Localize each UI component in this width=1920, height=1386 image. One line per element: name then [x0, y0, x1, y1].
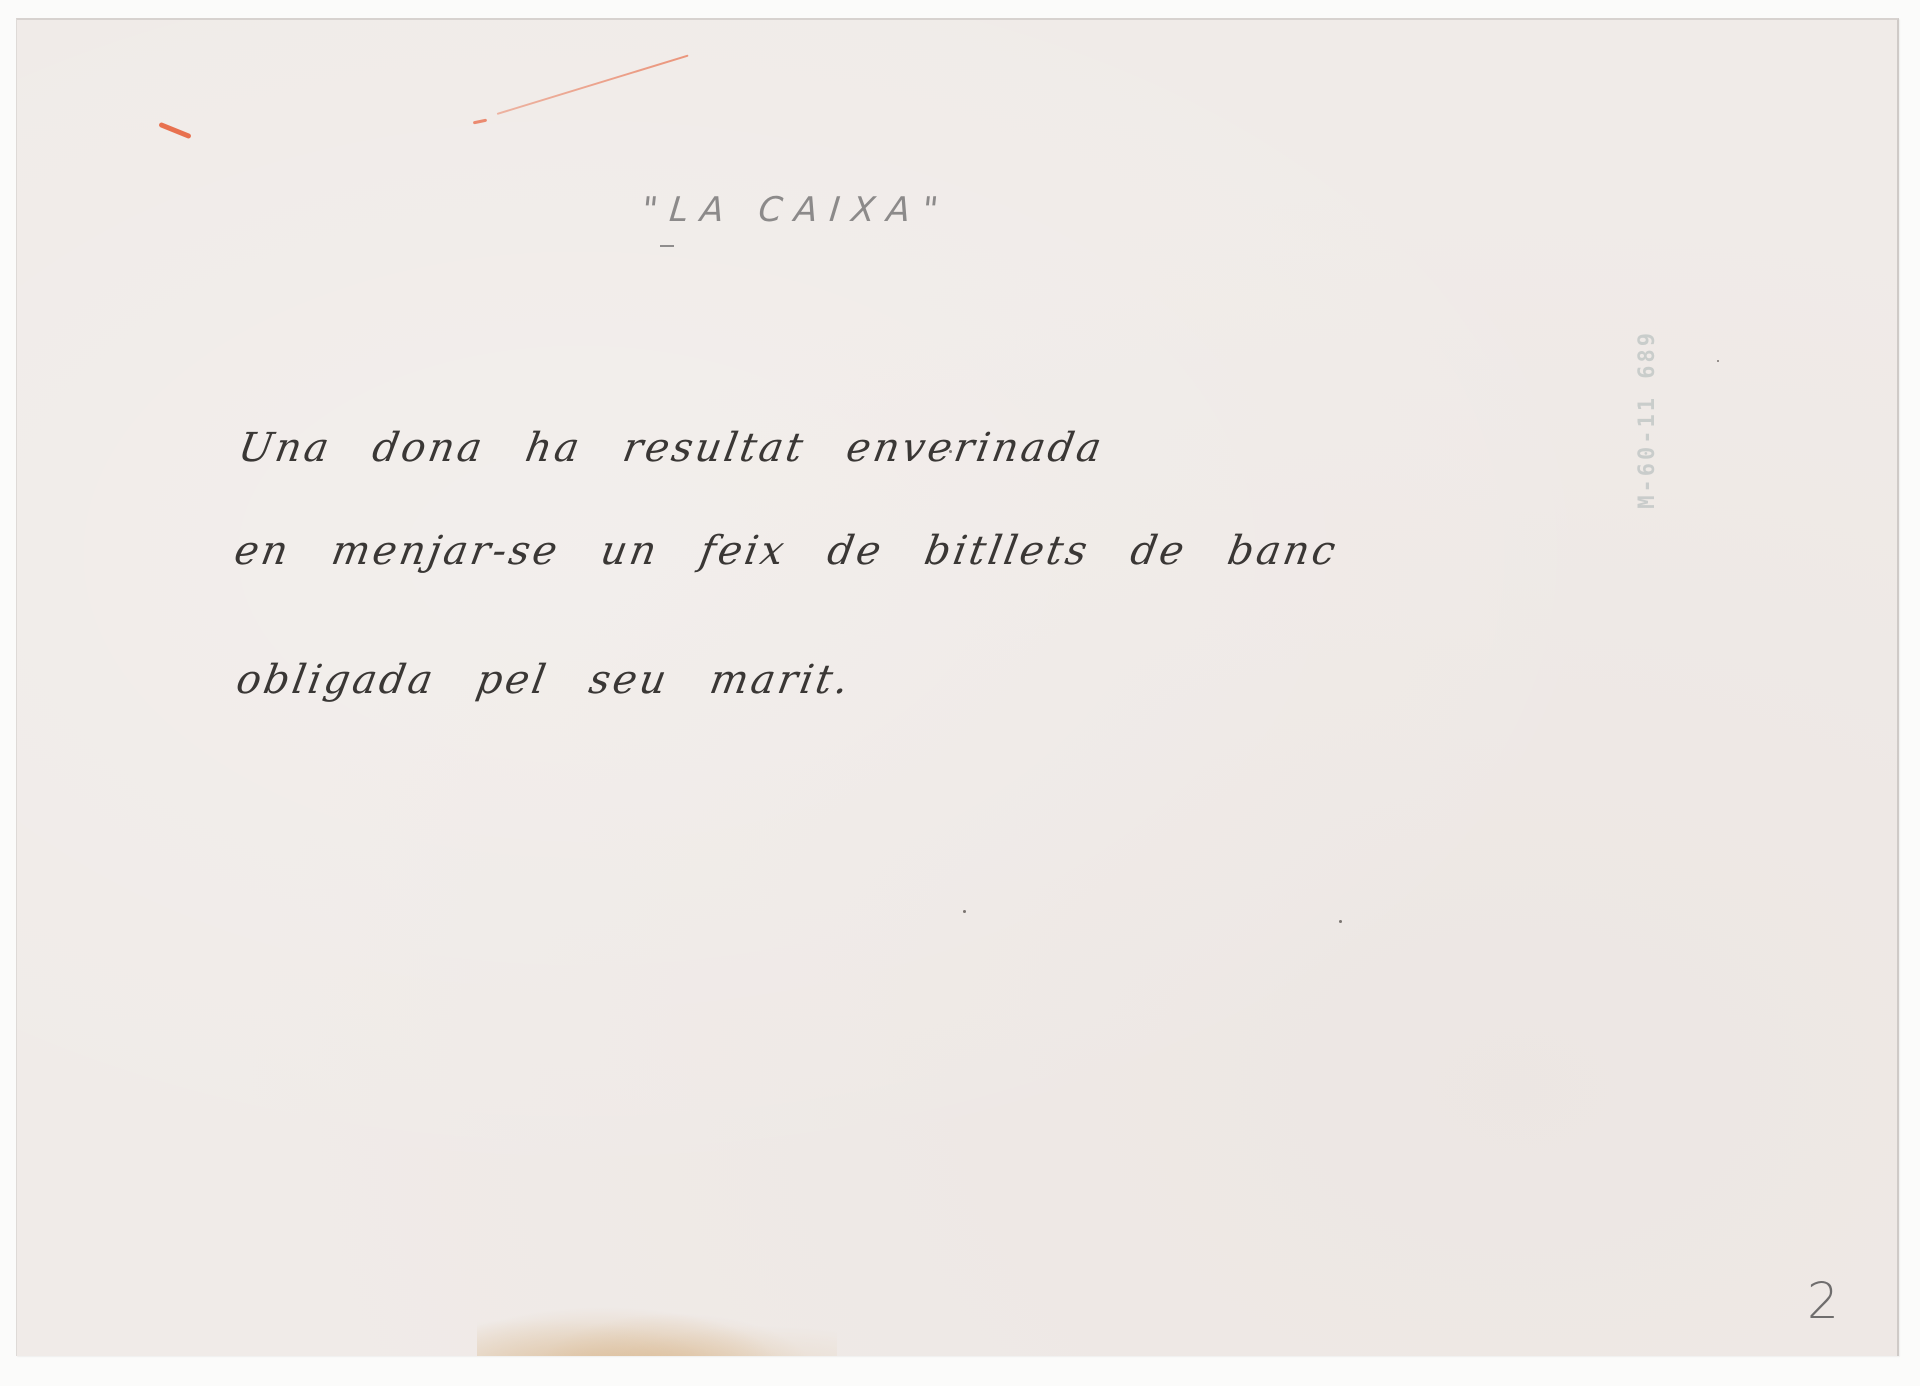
water-stain	[477, 1288, 837, 1356]
bleed-through-stamp: M-60-11 689	[1635, 330, 1660, 509]
pencil-dash	[660, 245, 674, 247]
red-pencil-stroke	[497, 55, 689, 115]
handwritten-line-1: Una dona ha resultat enverinada	[235, 425, 1108, 471]
page-number: 2	[1807, 1272, 1839, 1330]
ink-speck	[1339, 920, 1342, 923]
ink-speck	[963, 910, 966, 913]
ink-speck	[1717, 360, 1719, 362]
document-title: "LA CAIXA"	[640, 190, 952, 230]
red-pencil-mark	[158, 122, 191, 139]
handwritten-line-2: en menjar-se un feix de bitllets de banc	[231, 528, 1342, 574]
ink-speck	[949, 450, 952, 453]
red-pencil-mark	[473, 119, 487, 125]
handwritten-line-3: obligada pel seu marit.	[233, 657, 855, 703]
document-page: "LA CAIXA" Una dona ha resultat enverina…	[16, 18, 1899, 1356]
